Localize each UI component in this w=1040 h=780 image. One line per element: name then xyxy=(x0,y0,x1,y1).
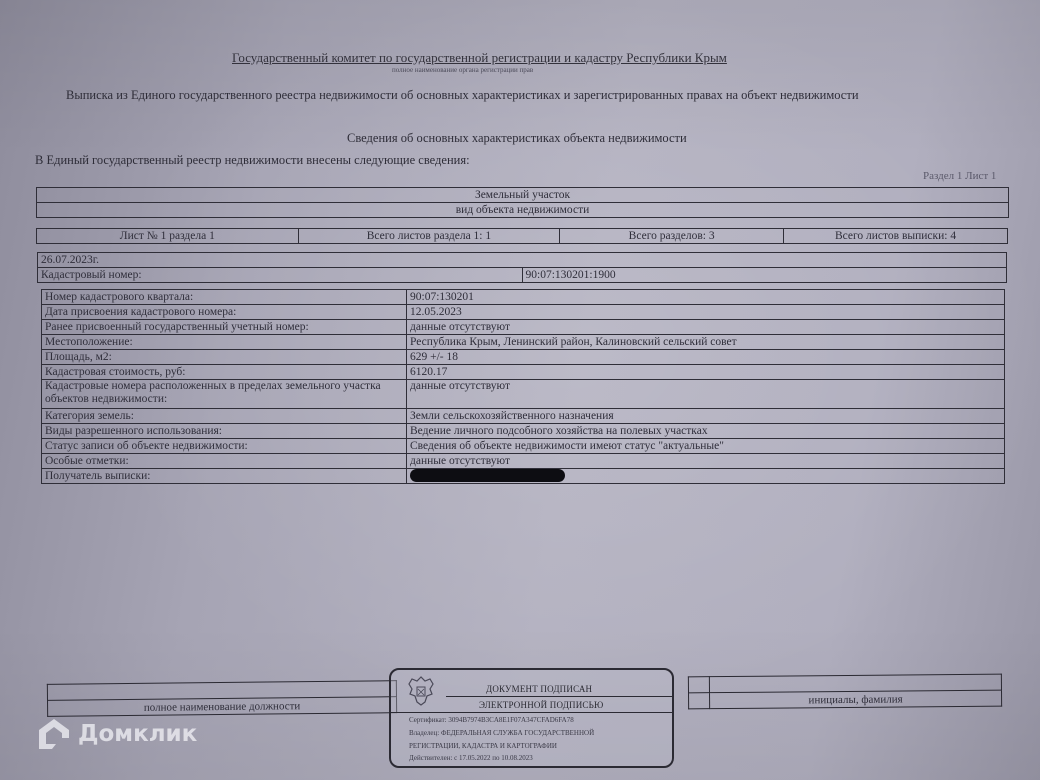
table-row: Получатель выписки: xyxy=(42,469,1005,484)
sheet-reference: Раздел 1 Лист 1 xyxy=(923,170,996,182)
table-row: Дата присвоения кадастрового номера: 12.… xyxy=(42,305,1005,320)
field-value: 90:07:130201 xyxy=(407,290,1005,305)
sheet-counts-table: Лист № 1 раздела 1 Всего листов раздела … xyxy=(36,228,1008,244)
registration-organ-name: Государственный комитет по государственн… xyxy=(232,50,727,66)
stamp-divider xyxy=(446,696,672,697)
brand-name: Домклик xyxy=(78,721,197,747)
field-label: Получатель выписки: xyxy=(42,469,407,484)
house-logo-icon xyxy=(36,716,72,752)
table-row: Виды разрешенного использования: Ведение… xyxy=(42,424,1005,439)
extract-date: 26.07.2023г. xyxy=(38,253,1007,268)
field-label: Статус записи об объекте недвижимости: xyxy=(42,439,407,454)
stamp-subheading: ЭЛЕКТРОННОЙ ПОДПИСЬЮ xyxy=(479,700,603,710)
field-value: Земли сельскохозяйственного назначения xyxy=(407,409,1005,424)
field-label: Ранее присвоенный государственный учетны… xyxy=(42,320,407,335)
stamp-heading: ДОКУМЕНТ ПОДПИСАН xyxy=(486,684,592,694)
table-row: Категория земель: Земли сельскохозяйстве… xyxy=(42,409,1005,424)
certificate-validity: Действителен: с 17.05.2022 по 10.08.2023 xyxy=(409,754,533,762)
field-value: данные отсутствуют xyxy=(407,320,1005,335)
field-label: Кадастровые номера расположенных в преде… xyxy=(42,380,407,409)
field-value: Сведения об объекте недвижимости имеют с… xyxy=(407,439,1005,454)
field-value: данные отсутствуют xyxy=(407,380,1005,409)
object-type-caption: вид объекта недвижимости xyxy=(37,203,1009,218)
sections-total: Всего разделов: 3 xyxy=(560,229,784,244)
recipient-value xyxy=(407,469,1005,484)
table-row: Ранее присвоенный государственный учетны… xyxy=(42,320,1005,335)
certificate-owner: Владелец: ФЕДЕРАЛЬНАЯ СЛУЖБА ГОСУДАРСТВЕ… xyxy=(409,729,594,737)
electronic-signature-stamp: ДОКУМЕНТ ПОДПИСАН ЭЛЕКТРОННОЙ ПОДПИСЬЮ С… xyxy=(389,668,674,768)
table-row: Местоположение: Республика Крым, Ленинск… xyxy=(42,335,1005,350)
extract-sheet-count: Всего листов выписки: 4 xyxy=(784,229,1008,244)
table-row: Номер кадастрового квартала: 90:07:13020… xyxy=(42,290,1005,305)
object-type-table: Земельный участок вид объекта недвижимос… xyxy=(36,187,1009,218)
section-sheet-count: Всего листов раздела 1: 1 xyxy=(298,229,560,244)
cadastral-number-label: Кадастровый номер: xyxy=(38,268,523,283)
field-value: Ведение личного подсобного хозяйства на … xyxy=(407,424,1005,439)
table-row: Кадастровая стоимость, руб: 6120.17 xyxy=(42,365,1005,380)
field-value: данные отсутствуют xyxy=(407,454,1005,469)
field-value: Республика Крым, Ленинский район, Калино… xyxy=(407,335,1005,350)
field-label: Местоположение: xyxy=(42,335,407,350)
table-row: Площадь, м2: 629 +/- 18 xyxy=(42,350,1005,365)
field-label: Виды разрешенного использования: xyxy=(42,424,407,439)
stamp-divider xyxy=(391,712,672,713)
redaction-mark xyxy=(410,469,565,482)
table-row: Статус записи об объекте недвижимости: С… xyxy=(42,439,1005,454)
section-title: Сведения об основных характеристиках объ… xyxy=(347,131,687,146)
field-value: 12.05.2023 xyxy=(407,305,1005,320)
registration-organ-caption: полное наименование органа регистрации п… xyxy=(392,66,533,74)
field-label: Кадастровая стоимость, руб: xyxy=(42,365,407,380)
name-caption: инициалы, фамилия xyxy=(710,690,1002,709)
field-label: Площадь, м2: xyxy=(42,350,407,365)
field-value: 629 +/- 18 xyxy=(407,350,1005,365)
characteristics-table: Номер кадастрового квартала: 90:07:13020… xyxy=(41,289,1005,484)
certificate-number: Сертификат: 3094B7974B3CA8E1F07A347CFAD6… xyxy=(409,716,574,724)
record-header-table: 26.07.2023г. Кадастровый номер: 90:07:13… xyxy=(37,252,1007,283)
position-caption: полное наименование должности xyxy=(48,697,397,717)
position-signature-block: полное наименование должности xyxy=(47,680,397,717)
table-row: Кадастровые номера расположенных в преде… xyxy=(42,380,1005,409)
domclick-watermark: Домклик xyxy=(36,716,197,752)
document-title: Выписка из Единого государственного реес… xyxy=(66,88,859,103)
object-type-value: Земельный участок xyxy=(37,188,1009,203)
name-signature-block: инициалы, фамилия xyxy=(688,674,1002,710)
coat-of-arms-icon xyxy=(406,674,436,708)
sheet-number: Лист № 1 раздела 1 xyxy=(37,229,299,244)
field-value: 6120.17 xyxy=(407,365,1005,380)
certificate-owner-cont: РЕГИСТРАЦИИ, КАДАСТРА И КАРТОГРАФИИ xyxy=(409,742,557,750)
intro-text: В Единый государственный реестр недвижим… xyxy=(35,153,470,168)
cadastral-number-value: 90:07:130201:1900 xyxy=(522,268,1007,283)
field-label: Дата присвоения кадастрового номера: xyxy=(42,305,407,320)
field-label: Номер кадастрового квартала: xyxy=(42,290,407,305)
table-row: Особые отметки: данные отсутствуют xyxy=(42,454,1005,469)
field-label: Особые отметки: xyxy=(42,454,407,469)
field-label: Категория земель: xyxy=(42,409,407,424)
